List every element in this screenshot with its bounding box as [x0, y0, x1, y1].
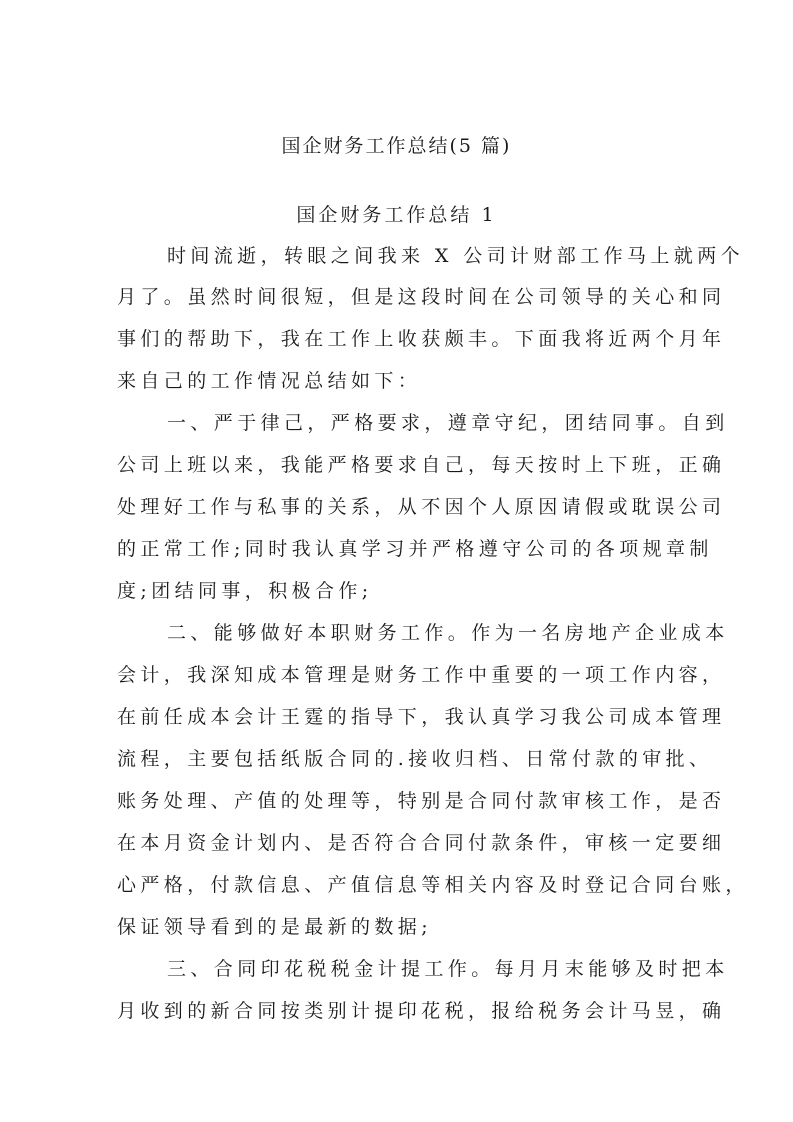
body-text-line: 事们的帮助下，我在工作上收获颇丰。下面我将近两个月年	[117, 327, 677, 351]
document-title: 国企财务工作总结(5 篇)	[0, 131, 793, 158]
body-text-line: 来自己的工作情况总结如下：	[117, 369, 677, 393]
body-text-line: 流程，主要包括纸版合同的.接收归档、日常付款的审批、	[117, 747, 677, 771]
body-text-line: 时间流逝，转眼之间我来 X 公司计财部工作马上就两个	[117, 244, 677, 268]
body-text-line: 保证领导看到的是最新的数据;	[117, 915, 677, 939]
document-page: 国企财务工作总结(5 篇) 国企财务工作总结 1 时间流逝，转眼之间我来 X 公…	[0, 0, 793, 1122]
section-title: 国企财务工作总结 1	[0, 200, 793, 227]
body-text-line: 在前任成本会计王霆的指导下，我认真学习我公司成本管理	[117, 705, 677, 729]
body-text-line: 月了。虽然时间很短，但是这段时间在公司领导的关心和同	[117, 285, 677, 309]
body-text-line: 会计，我深知成本管理是财务工作中重要的一项工作内容，	[117, 663, 677, 687]
body-text-line: 处理好工作与私事的关系，从不因个人原因请假或耽误公司	[117, 495, 677, 519]
body-text-line: 一、严于律己，严格要求，遵章守纪，团结同事。自到	[117, 411, 677, 435]
body-text-line: 在本月资金计划内、是否符合合同付款条件，审核一定要细	[117, 831, 677, 855]
body-text-line: 账务处理、产值的处理等，特别是合同付款审核工作，是否	[117, 789, 677, 813]
body-text-line: 三、合同印花税税金计提工作。每月月末能够及时把本	[117, 957, 677, 981]
body-text-line: 二、能够做好本职财务工作。作为一名房地产企业成本	[117, 621, 677, 645]
body-text-line: 心严格，付款信息、产值信息等相关内容及时登记合同台账，	[117, 873, 677, 897]
body-text-line: 公司上班以来，我能严格要求自己，每天按时上下班，正确	[117, 453, 677, 477]
body-text-line: 的正常工作;同时我认真学习并严格遵守公司的各项规章制	[117, 537, 677, 561]
body-text-line: 度;团结同事，积极合作;	[117, 579, 677, 603]
body-text-line: 月收到的新合同按类别计提印花税，报给税务会计马昱，确	[117, 999, 677, 1023]
